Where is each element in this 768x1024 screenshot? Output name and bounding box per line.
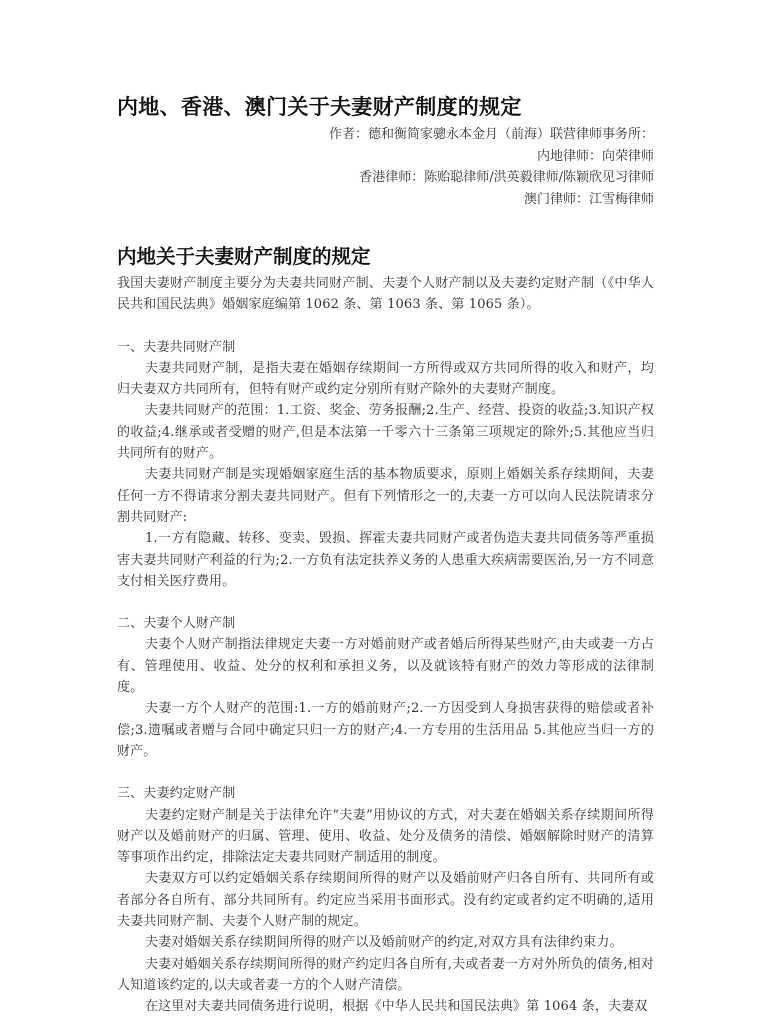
paragraph: 在这里对夫妻共同债务进行说明，根据《中华人民共和国民法典》第 1064 条，夫妻…	[117, 996, 654, 1017]
paragraph: 夫妻一方个人财产的范围:1.一方的婚前财产;2.一方因受到人身损害获得的赔偿或者…	[117, 698, 654, 762]
intro-paragraph: 我国夫妻财产制度主要分为夫妻共同财产制、夫妻个人财产制以及夫妻约定财产制（《中华…	[117, 273, 654, 316]
credit-line-hongkong: 香港律师：陈贻聪律师/洪英毅律师/陈颖欣见习律师	[117, 167, 654, 189]
paragraph: 夫妻对婚姻关系存续期间所得的财产以及婚前财产的约定,对双方具有法律约束力。	[117, 932, 654, 953]
credit-line-firm: 作者：德和衡简家骢永本金月（前海）联营律师事务所：	[117, 124, 654, 146]
paragraph: 夫妻共同财产制是实现婚姻家庭生活的基本物质要求，原则上婚姻关系存续期间，夫妻任何…	[117, 464, 654, 528]
paragraph: 夫妻双方可以约定婚姻关系存续期间所得的财产以及婚前财产归各自所有、共同所有或者部…	[117, 868, 654, 932]
author-credits: 作者：德和衡简家骢永本金月（前海）联营律师事务所： 内地律师：向荣律师 香港律师…	[117, 124, 654, 210]
credit-line-mainland: 内地律师：向荣律师	[117, 146, 654, 168]
section-heading-individual-property: 二、夫妻个人财产制	[117, 613, 654, 634]
paragraph: 夫妻约定财产制是关于法律允许“夫妻”用协议的方式，对夫妻在婚姻关系存续期间所得财…	[117, 805, 654, 869]
document-page: 内地、香港、澳门关于夫妻财产制度的规定 作者：德和衡简家骢永本金月（前海）联营律…	[117, 92, 654, 1018]
document-title: 内地、香港、澳门关于夫妻财产制度的规定	[117, 92, 654, 122]
paragraph: 夫妻共同财产制，是指夫妻在婚姻存续期间一方所得或双方共同所得的收入和财产，均归夫…	[117, 358, 654, 401]
paragraph: 1.一方有隐藏、转移、变卖、毁损、挥霍夫妻共同财产或者伪造夫妻共同债务等严重损害…	[117, 528, 654, 592]
section-heading-agreed-property: 三、夫妻约定财产制	[117, 783, 654, 804]
paragraph: 夫妻共同财产的范围：1.工资、奖金、劳务报酬;2.生产、经营、投资的收益;3.知…	[117, 400, 654, 464]
paragraph: 夫妻对婚姻关系存续期间所得的财产约定归各自所有,夫或者妻一方对外所负的债务,相对…	[117, 954, 654, 997]
section-heading-joint-property: 一、夫妻共同财产制	[117, 337, 654, 358]
section-title: 内地关于夫妻财产制度的规定	[117, 243, 654, 271]
credit-line-macau: 澳门律师：江雪梅律师	[117, 189, 654, 211]
paragraph: 夫妻个人财产制指法律规定夫妻一方对婚前财产或者婚后所得某些财产,由夫或妻一方占有…	[117, 634, 654, 698]
